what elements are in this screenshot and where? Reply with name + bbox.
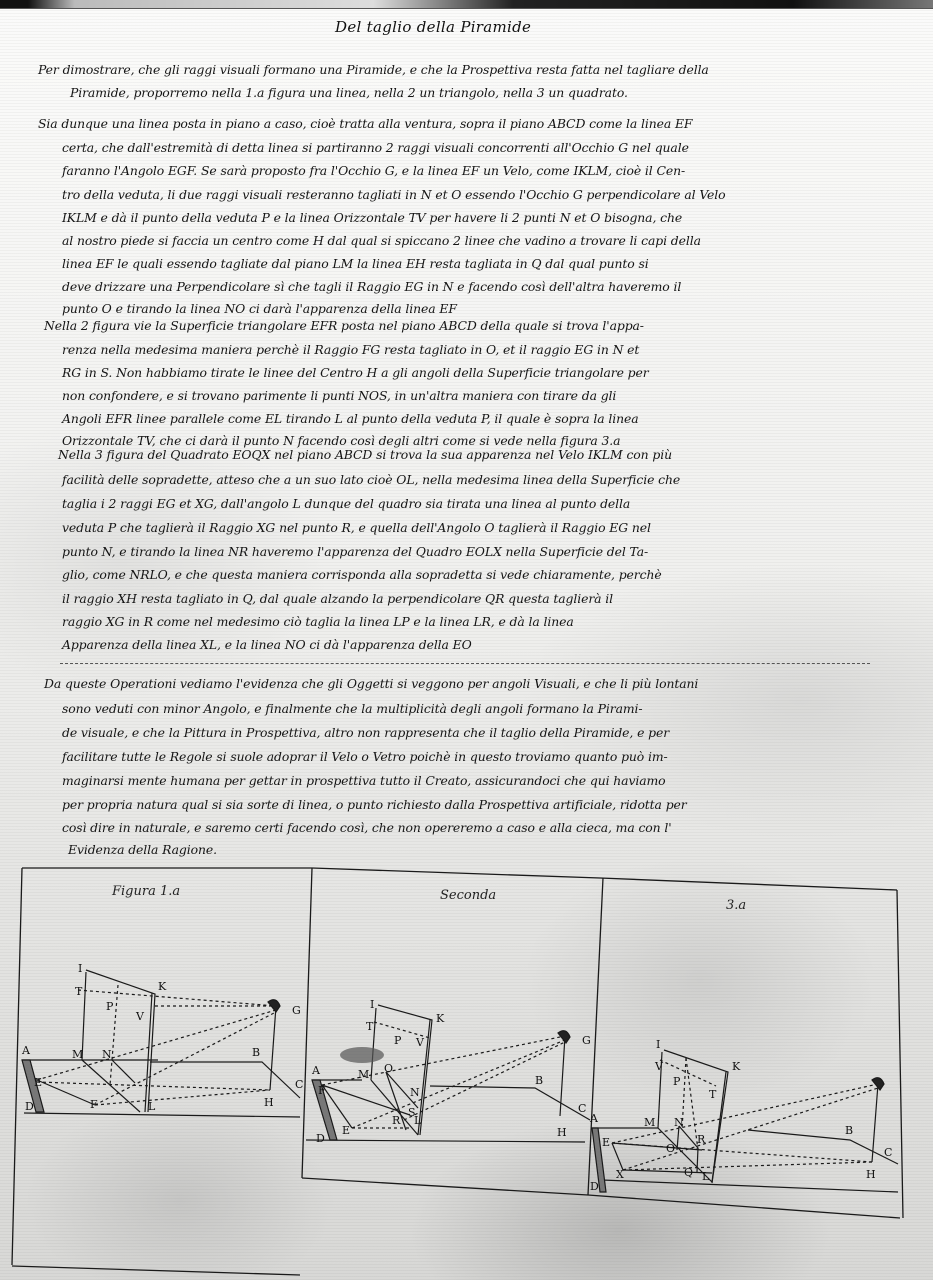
svg-text:L: L bbox=[148, 1100, 156, 1113]
figure-1-label: Figura 1.a bbox=[112, 884, 180, 899]
svg-text:B: B bbox=[252, 1046, 260, 1059]
svg-text:D: D bbox=[590, 1180, 599, 1193]
svg-text:N: N bbox=[674, 1116, 684, 1129]
svg-text:E: E bbox=[34, 1076, 42, 1089]
svg-text:V: V bbox=[654, 1060, 664, 1073]
svg-text:N: N bbox=[102, 1048, 112, 1061]
svg-text:B: B bbox=[845, 1124, 853, 1137]
svg-text:O: O bbox=[666, 1142, 675, 1155]
svg-text:E: E bbox=[602, 1136, 610, 1149]
svg-text:K: K bbox=[732, 1060, 741, 1073]
svg-text:P: P bbox=[673, 1075, 681, 1088]
svg-text:L: L bbox=[414, 1114, 422, 1127]
figure-3-diagram bbox=[592, 1050, 898, 1192]
svg-text:G: G bbox=[292, 1004, 301, 1017]
svg-text:I: I bbox=[656, 1038, 660, 1051]
svg-text:A: A bbox=[21, 1044, 31, 1057]
svg-text:X: X bbox=[616, 1168, 624, 1181]
figure-2-point-labels: IK TP VG AM OB FN CR SL ED H bbox=[311, 998, 591, 1145]
svg-text:G: G bbox=[582, 1034, 591, 1047]
svg-text:C: C bbox=[295, 1078, 303, 1091]
figure-1-point-labels: IK TP VG AM NB EC DF LH bbox=[21, 962, 303, 1113]
figure-3-point-labels: IV KP TA MN RB EO CX QL DH bbox=[589, 1038, 892, 1193]
svg-text:A: A bbox=[589, 1112, 599, 1125]
svg-text:P: P bbox=[106, 1000, 114, 1013]
svg-text:V: V bbox=[135, 1010, 145, 1023]
svg-text:C: C bbox=[578, 1102, 586, 1115]
svg-text:H: H bbox=[264, 1096, 274, 1109]
svg-text:F: F bbox=[318, 1084, 326, 1097]
svg-text:M: M bbox=[358, 1068, 369, 1081]
svg-text:R: R bbox=[392, 1114, 401, 1127]
svg-text:O: O bbox=[384, 1062, 393, 1075]
svg-text:N: N bbox=[410, 1086, 420, 1099]
svg-text:H: H bbox=[557, 1126, 567, 1139]
svg-text:T: T bbox=[75, 985, 83, 998]
svg-text:I: I bbox=[370, 998, 374, 1011]
svg-text:K: K bbox=[436, 1012, 445, 1025]
svg-text:V: V bbox=[415, 1036, 425, 1049]
svg-text:A: A bbox=[311, 1064, 321, 1077]
svg-text:L: L bbox=[702, 1170, 710, 1183]
svg-text:T: T bbox=[366, 1020, 374, 1033]
svg-text:K: K bbox=[158, 980, 167, 993]
svg-text:F: F bbox=[90, 1098, 98, 1111]
figure-2-diagram bbox=[306, 1005, 590, 1142]
svg-text:I: I bbox=[78, 962, 82, 975]
svg-text:R: R bbox=[697, 1133, 706, 1146]
svg-text:P: P bbox=[394, 1034, 402, 1047]
svg-text:D: D bbox=[25, 1100, 34, 1113]
svg-text:M: M bbox=[644, 1116, 655, 1129]
figure-2-label: Seconda bbox=[440, 888, 496, 903]
svg-text:C: C bbox=[884, 1146, 892, 1159]
svg-text:B: B bbox=[535, 1074, 543, 1087]
svg-text:H: H bbox=[866, 1168, 876, 1181]
svg-text:T: T bbox=[709, 1088, 717, 1101]
figure-3-label: 3.a bbox=[726, 898, 746, 913]
svg-text:Q: Q bbox=[684, 1166, 693, 1179]
manuscript-page: Del taglio della Piramide Per dimostrare… bbox=[0, 0, 933, 1280]
perspective-diagrams: IK TP VG AM NB EC DF LH IK TP VG AM OB F… bbox=[0, 0, 933, 1280]
svg-text:E: E bbox=[342, 1124, 350, 1137]
svg-text:M: M bbox=[72, 1048, 83, 1061]
svg-text:D: D bbox=[316, 1132, 325, 1145]
